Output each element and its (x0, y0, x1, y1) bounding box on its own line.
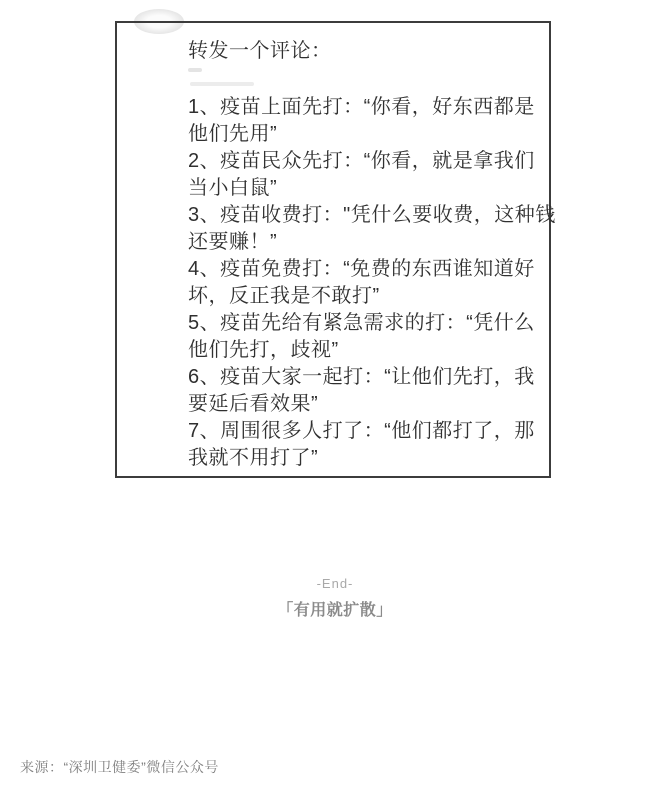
note-line: 他们先用” (188, 121, 556, 148)
note-line: 还要赚！” (188, 229, 556, 256)
end-marker: -End- (0, 576, 670, 591)
comment-screenshot-box: 转发一个评论： 1、疫苗上面先打：“你看，好东西都是 他们先用” 2、疫苗民众先… (115, 21, 551, 478)
faded-text-artifact (188, 68, 202, 72)
note-line: 当小白鼠” (188, 175, 556, 202)
note-title: 转发一个评论： (188, 38, 332, 65)
note-line: 要延后看效果” (188, 391, 556, 418)
note-line: 2、疫苗民众先打：“你看，就是拿我们 (188, 148, 556, 175)
note-line: 6、疫苗大家一起打：“让他们先打，我 (188, 364, 556, 391)
note-line: 4、疫苗免费打：“免费的东西谁知道好 (188, 256, 556, 283)
source-credit: 来源：“深圳卫健委”微信公众号 (20, 757, 219, 777)
article-page: 转发一个评论： 1、疫苗上面先打：“你看，好东西都是 他们先用” 2、疫苗民众先… (0, 0, 670, 788)
faded-text-artifact (190, 82, 254, 86)
note-line: 他们先打，歧视” (188, 337, 556, 364)
note-line: 3、疫苗收费打："凭什么要收费，这种钱 (188, 202, 556, 229)
note-line: 5、疫苗先给有紧急需求的打：“凭什么 (188, 310, 556, 337)
note-line: 我就不用打了” (188, 445, 556, 472)
note-body: 1、疫苗上面先打：“你看，好东西都是 他们先用” 2、疫苗民众先打：“你看，就是… (188, 94, 556, 472)
note-line: 坏，反正我是不敢打” (188, 283, 556, 310)
spread-tagline: 「有用就扩散」 (0, 597, 670, 620)
note-line: 7、周围很多人打了：“他们都打了，那 (188, 418, 556, 445)
note-line: 1、疫苗上面先打：“你看，好东西都是 (188, 94, 556, 121)
